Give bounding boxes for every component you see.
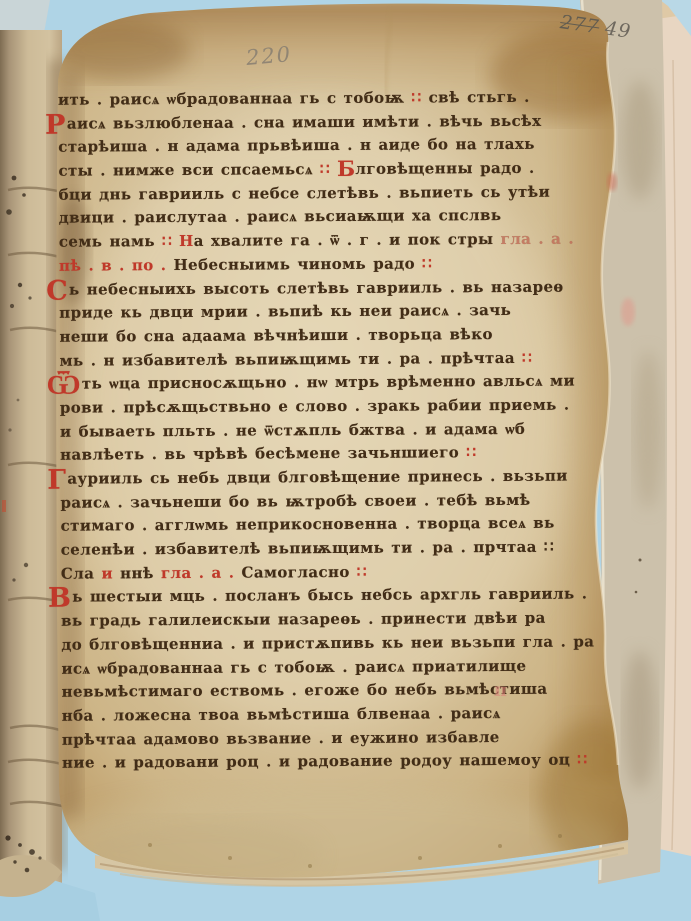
text-segment: ∷ — [320, 160, 337, 178]
text-line: двици . раислутаа . раисѧ вьсиаѭщи ха сп… — [59, 204, 617, 231]
text-segment: лговѣщенны радо . — [355, 159, 534, 178]
text-line: исѧ ѡбрадованнаа гь с тобоѭ . раисѧ приа… — [61, 654, 619, 681]
text-segment: аисѧ вьзлюбленаа . сна имаши имѣти . вѣч… — [67, 111, 542, 132]
text-segment: гла . а . — [501, 230, 575, 248]
folio-number-new: 49 — [604, 17, 633, 42]
text-segment: селенѣи . избавителѣ вьпиѭщимь ти . ра .… — [61, 538, 554, 559]
text-segment: ∷ — [466, 443, 476, 461]
text-segment: приде кь двци мрии . вьпиѣ кь неи раисѧ … — [59, 301, 511, 322]
text-segment: ннѣ — [120, 564, 161, 582]
text-segment: ть ѡца присносѫщьно . нѡ мтрь врѣменно а… — [82, 372, 575, 393]
text-segment: вь градь галилеискыи назареѳь . принести… — [61, 609, 546, 630]
text-segment: неши бо сна адаама вѣчнѣиши . творьца вѣ… — [59, 325, 493, 346]
text-segment: раисѧ . зачьнеши бо вь ѭтробѣ своеи . те… — [60, 491, 530, 512]
text-segment: Сла — [61, 564, 102, 582]
text-line: Гаурииль сь небь двци блговѣщение принес… — [60, 464, 618, 491]
text-segment: ние . и радовани роц . и радование родоу… — [62, 751, 577, 772]
text-segment: Самогласно — [241, 563, 357, 582]
text-segment: прѣчтаа адамово вьзвание . и еужино изба… — [62, 728, 500, 749]
text-line: раисѧ . зачьнеши бо вь ѭтробѣ своеи . те… — [60, 488, 618, 515]
rubric-initial: Б — [337, 156, 356, 181]
text-line: рови . прѣсѫщьствьно е слово . зракь раб… — [60, 393, 618, 420]
text-segment: пѣ . в . по . — [59, 256, 174, 275]
text-segment: ∷ — [577, 751, 587, 769]
text-line: навлѣеть . вь чрѣвѣ бесѣмене зачьншиего … — [60, 441, 618, 468]
text-line: Вь шестыи мць . посланъ бысь небсь архгл… — [61, 583, 619, 610]
text-line: бци днь гаврииль с небсе слетѣвь . вьпие… — [58, 180, 616, 207]
text-segment: рови . прѣсѫщьствьно е слово . зракь раб… — [60, 396, 570, 417]
text-line: нба . ложесна твоа вьмѣстиша блвенаа . р… — [62, 701, 620, 728]
text-segment: аурииль сь небь двци блговѣщение принесь… — [67, 467, 568, 488]
text-segment: навлѣеть . вь чрѣвѣ бесѣмене зачьншиего — [60, 444, 466, 464]
text-segment: и бываеть пльть . не ѿстѫпль бжтва . и а… — [60, 419, 525, 440]
text-segment: ь шестыи мць . посланъ бысь небсь архгль… — [72, 585, 587, 606]
text-line: семь намь ∷ На хвалите га . ѿ . г . и по… — [59, 227, 617, 254]
text-segment: до блговѣщенниа . и пристѫпивь кь неи вь… — [61, 632, 594, 653]
text-line: до блговѣщенниа . и пристѫпивь кь неи вь… — [61, 630, 619, 657]
text-segment: ∷ — [522, 348, 532, 366]
text-segment: семь намь — [59, 232, 162, 251]
text-line: ить . раисѧ ѡбрадованнаа гь с тобоѭ ∷ св… — [58, 85, 616, 112]
text-line: и бываеть пльть . не ѿстѫпль бжтва . и а… — [60, 417, 618, 444]
text-segment: и — [101, 564, 120, 582]
text-line: пѣ . в . по . Небесныимь чиномь радо ∷ — [59, 251, 617, 278]
text-segment: гла . а . — [161, 563, 242, 581]
text-line: сты . нимже вси спсаемьсѧ ∷ Блговѣщенны … — [58, 156, 616, 183]
text-line: прѣчтаа адамово вьзвание . и еужино изба… — [62, 725, 620, 752]
text-segment: ∷ — [411, 88, 428, 106]
text-segment: невьмѣстимаго ествомь . егоже бо небь вь… — [62, 680, 548, 701]
text-segment: сты . нимже вси спсаемьсѧ — [58, 160, 320, 180]
text-line: Сла и ннѣ гла . а . Самогласно ∷ — [61, 559, 619, 586]
text-segment: двици . раислутаа . раисѧ вьсиаѭщи ха сп… — [59, 206, 502, 227]
showthrough-letter: п — [494, 680, 508, 701]
text-line: Раисѧ вьзлюбленаа . сна имаши имѣти . вѣ… — [58, 109, 616, 136]
text-line: Сь небесныихь высоть слетѣвь гаврииль . … — [59, 275, 617, 302]
text-segment: Небесныимь чиномь радо — [173, 254, 422, 274]
text-line: мь . н избавителѣ вьпиѭщимь ти . ра . пр… — [59, 346, 617, 373]
page-number: 220 — [245, 42, 293, 70]
text-segment: ∷ — [357, 563, 367, 581]
text-segment: старѣиша . н адама прьвѣиша . н аиде бо … — [58, 135, 535, 156]
text-line: приде кь двци мрии . вьпиѣ кь неи раисѧ … — [59, 298, 617, 325]
text-segment: ∷ — [422, 254, 432, 272]
text-segment: стимаго . агглѡмь неприкосновенна . твор… — [61, 514, 555, 535]
text-line: вь градь галилеискыи назареѳь . принести… — [61, 606, 619, 633]
text-segment: ∷ Н — [162, 232, 194, 250]
text-line: ние . и радовани роц . и радование родоу… — [62, 749, 620, 776]
text-line: невьмѣстимаго ествомь . егоже бо небь вь… — [62, 677, 620, 704]
text-line: Ѿть ѡца присносѫщьно . нѡ мтрь врѣменно … — [60, 370, 618, 397]
text-segment: нба . ложесна твоа вьмѣстиша блвенаа . р… — [62, 704, 501, 725]
text-segment: а хвалите га . ѿ . г . и пок стры — [194, 230, 501, 250]
text-line: неши бо сна адаама вѣчнѣиши . творьца вѣ… — [59, 322, 617, 349]
text-segment: мь . н избавителѣ вьпиѭщимь ти . ра . пр… — [60, 348, 523, 369]
text-segment: ить . раисѧ ѡбрадованнаа гь с тобоѭ — [58, 89, 412, 109]
text-line: стимаго . агглѡмь неприкосновенна . твор… — [61, 512, 619, 539]
text-segment: свѣ стьгь . — [429, 88, 530, 107]
text-segment: исѧ ѡбрадованнаа гь с тобоѭ . раисѧ приа… — [61, 656, 526, 677]
text-segment: бци днь гаврииль с небсе слетѣвь . вьпие… — [58, 182, 550, 203]
manuscript-text: ить . раисѧ ѡбрадованнаа гь с тобоѭ ∷ св… — [58, 85, 620, 775]
text-line: селенѣи . избавителѣ вьпиѭщимь ти . ра .… — [61, 535, 619, 562]
text-segment: ь небесныихь высоть слетѣвь гаврииль . в… — [69, 277, 564, 298]
manuscript-photo: ить . раисѧ ѡбрадованнаа гь с тобоѭ ∷ св… — [0, 0, 691, 921]
